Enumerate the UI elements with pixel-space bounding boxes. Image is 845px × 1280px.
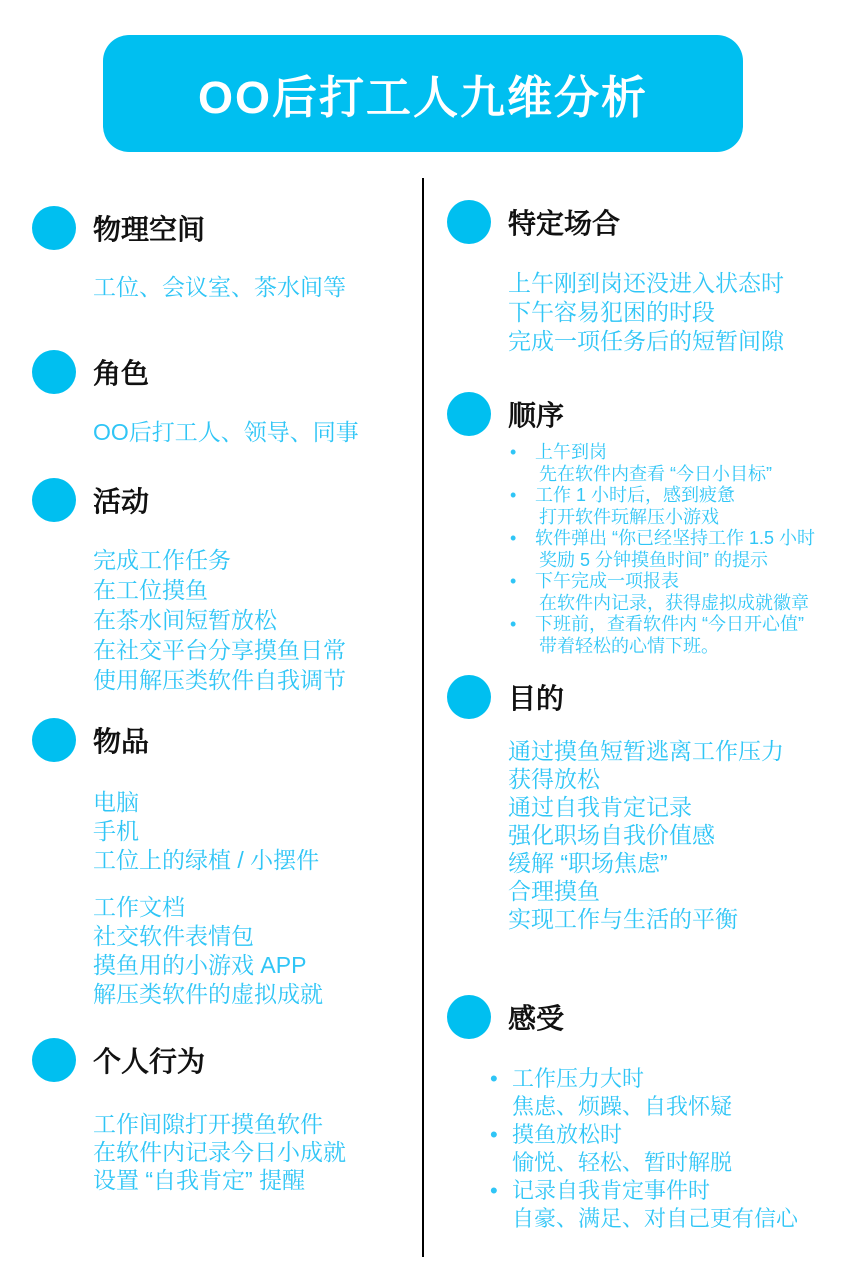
section-marker-dot bbox=[32, 350, 76, 394]
bullet-line: 愉悦、轻松、暂时解脱 bbox=[512, 1149, 837, 1177]
title-banner: OO后打工人九维分析 bbox=[103, 35, 743, 152]
content-line: 工位、会议室、茶水间等 bbox=[93, 272, 422, 302]
section-content: 完成工作任务 在工位摸鱼 在茶水间短暂放松 在社交平台分享摸鱼日常 使用解压类软… bbox=[93, 545, 422, 695]
section-marker-dot bbox=[447, 675, 491, 719]
section-header: 物理空间 bbox=[32, 206, 422, 250]
content-line: 解压类软件的虚拟成就 bbox=[93, 980, 422, 1009]
content-line: 完成一项任务后的短暂间隙 bbox=[508, 327, 837, 356]
bullet-item: 工作 1 小时后，感到疲惫 打开软件玩解压小游戏 bbox=[510, 485, 837, 528]
content-line: 在社交平台分享摸鱼日常 bbox=[93, 635, 422, 665]
section-header: 特定场合 bbox=[447, 200, 837, 244]
bullet-line: 奖励 5 分钟摸鱼时间” 的提示 bbox=[535, 550, 837, 572]
bullet-list: 工作压力大时 焦虑、烦躁、自我怀疑 摸鱼放松时 愉悦、轻松、暂时解脱 记录自我肯… bbox=[490, 1065, 837, 1233]
bullet-line: 下午完成一项报表 bbox=[535, 571, 837, 593]
section-heading: 个人行为 bbox=[93, 1040, 205, 1080]
section-feelings: 感受 工作压力大时 焦虑、烦躁、自我怀疑 摸鱼放松时 愉悦、轻松、暂时解脱 记录… bbox=[447, 995, 837, 1233]
section-roles: 角色 OO后打工人、领导、同事 bbox=[32, 350, 422, 447]
page-title: OO后打工人九维分析 bbox=[198, 61, 648, 126]
section-header: 物品 bbox=[32, 718, 422, 762]
bullet-item: 工作压力大时 焦虑、烦躁、自我怀疑 bbox=[490, 1065, 837, 1121]
section-marker-dot bbox=[447, 392, 491, 436]
content-line: 手机 bbox=[93, 817, 422, 846]
content-line: 通过自我肯定记录 bbox=[508, 793, 837, 821]
content-line: 完成工作任务 bbox=[93, 545, 422, 575]
section-heading: 目的 bbox=[508, 677, 564, 717]
content-line: 下午容易犯困的时段 bbox=[508, 298, 837, 327]
section-marker-dot bbox=[32, 718, 76, 762]
content-line: 工作间隙打开摸鱼软件 bbox=[93, 1110, 422, 1138]
content-line: 在工位摸鱼 bbox=[93, 575, 422, 605]
section-personal-behavior: 个人行为 工作间隙打开摸鱼软件 在软件内记录今日小成就 设置 “自我肯定” 提醒 bbox=[32, 1038, 422, 1194]
bullet-line: 先在软件内查看 “今日小目标” bbox=[535, 464, 837, 486]
section-marker-dot bbox=[447, 200, 491, 244]
section-header: 角色 bbox=[32, 350, 422, 394]
content-group: 电脑 手机 工位上的绿植 / 小摆件 bbox=[93, 788, 422, 875]
section-content: 电脑 手机 工位上的绿植 / 小摆件 工作文档 社交软件表情包 摸鱼用的小游戏 … bbox=[93, 788, 422, 1009]
content-line: 在茶水间短暂放松 bbox=[93, 605, 422, 635]
section-header: 顺序 bbox=[447, 392, 837, 436]
content-line: 在软件内记录今日小成就 bbox=[93, 1138, 422, 1166]
content-line: 电脑 bbox=[93, 788, 422, 817]
section-heading: 物品 bbox=[93, 720, 149, 760]
column-divider bbox=[422, 178, 424, 1257]
content-line: 使用解压类软件自我调节 bbox=[93, 665, 422, 695]
content-line: 上午刚到岗还没进入状态时 bbox=[508, 269, 837, 298]
bullet-line: 自豪、满足、对自己更有信心 bbox=[512, 1205, 837, 1233]
content-line: 设置 “自我肯定” 提醒 bbox=[93, 1166, 422, 1194]
content-line: 工作文档 bbox=[93, 893, 422, 922]
section-marker-dot bbox=[32, 206, 76, 250]
bullet-list: 上午到岗 先在软件内查看 “今日小目标” 工作 1 小时后，感到疲惫 打开软件玩… bbox=[510, 442, 837, 657]
bullet-item: 下午完成一项报表 在软件内记录，获得虚拟成就徽章 bbox=[510, 571, 837, 614]
section-heading: 顺序 bbox=[508, 394, 564, 434]
content-line: 缓解 “职场焦虑” bbox=[508, 849, 837, 877]
content-line: 合理摸鱼 bbox=[508, 877, 837, 905]
bullet-line: 摸鱼放松时 bbox=[512, 1121, 837, 1149]
content-line: 通过摸鱼短暂逃离工作压力 bbox=[508, 737, 837, 765]
section-heading: 物理空间 bbox=[93, 208, 205, 248]
bullet-line: 下班前，查看软件内 “今日开心值” bbox=[535, 614, 837, 636]
section-purpose: 目的 通过摸鱼短暂逃离工作压力 获得放松 通过自我肯定记录 强化职场自我价值感 … bbox=[447, 675, 837, 933]
section-content: 工位、会议室、茶水间等 bbox=[93, 272, 422, 302]
bullet-line: 工作压力大时 bbox=[512, 1065, 837, 1093]
infographic-page: OO后打工人九维分析 物理空间 工位、会议室、茶水间等 角色 OO后打工人、领导… bbox=[0, 0, 845, 1280]
section-heading: 角色 bbox=[93, 352, 149, 392]
content-line: OO后打工人、领导、同事 bbox=[93, 417, 422, 447]
bullet-line: 在软件内记录，获得虚拟成就徽章 bbox=[535, 593, 837, 615]
section-physical-space: 物理空间 工位、会议室、茶水间等 bbox=[32, 206, 422, 302]
content-line: 社交软件表情包 bbox=[93, 922, 422, 951]
section-heading: 特定场合 bbox=[508, 202, 620, 242]
section-header: 活动 bbox=[32, 478, 422, 522]
bullet-line: 带着轻松的心情下班。 bbox=[535, 636, 837, 658]
section-header: 感受 bbox=[447, 995, 837, 1039]
section-content: 上午刚到岗还没进入状态时 下午容易犯困的时段 完成一项任务后的短暂间隙 bbox=[508, 269, 837, 356]
bullet-line: 记录自我肯定事件时 bbox=[512, 1177, 837, 1205]
section-specific-occasions: 特定场合 上午刚到岗还没进入状态时 下午容易犯困的时段 完成一项任务后的短暂间隙 bbox=[447, 200, 837, 356]
section-content: 通过摸鱼短暂逃离工作压力 获得放松 通过自我肯定记录 强化职场自我价值感 缓解 … bbox=[508, 737, 837, 933]
section-content: 工作间隙打开摸鱼软件 在软件内记录今日小成就 设置 “自我肯定” 提醒 bbox=[93, 1110, 422, 1194]
bullet-item: 上午到岗 先在软件内查看 “今日小目标” bbox=[510, 442, 837, 485]
section-header: 个人行为 bbox=[32, 1038, 422, 1082]
content-line: 工位上的绿植 / 小摆件 bbox=[93, 846, 422, 875]
content-line: 获得放松 bbox=[508, 765, 837, 793]
content-line: 强化职场自我价值感 bbox=[508, 821, 837, 849]
section-activities: 活动 完成工作任务 在工位摸鱼 在茶水间短暂放松 在社交平台分享摸鱼日常 使用解… bbox=[32, 478, 422, 695]
section-header: 目的 bbox=[447, 675, 837, 719]
bullet-line: 上午到岗 bbox=[535, 442, 837, 464]
section-objects: 物品 电脑 手机 工位上的绿植 / 小摆件 工作文档 社交软件表情包 摸鱼用的小… bbox=[32, 718, 422, 1009]
bullet-line: 打开软件玩解压小游戏 bbox=[535, 507, 837, 529]
section-content: OO后打工人、领导、同事 bbox=[93, 417, 422, 447]
bullet-line: 软件弹出 “你已经坚持工作 1.5 小时 bbox=[535, 528, 837, 550]
section-marker-dot bbox=[32, 478, 76, 522]
content-group: 工作文档 社交软件表情包 摸鱼用的小游戏 APP 解压类软件的虚拟成就 bbox=[93, 893, 422, 1009]
content-line: 摸鱼用的小游戏 APP bbox=[93, 951, 422, 980]
section-heading: 活动 bbox=[93, 480, 149, 520]
section-marker-dot bbox=[447, 995, 491, 1039]
content-line: 实现工作与生活的平衡 bbox=[508, 905, 837, 933]
section-sequence: 顺序 上午到岗 先在软件内查看 “今日小目标” 工作 1 小时后，感到疲惫 打开… bbox=[447, 392, 837, 657]
bullet-item: 软件弹出 “你已经坚持工作 1.5 小时 奖励 5 分钟摸鱼时间” 的提示 bbox=[510, 528, 837, 571]
section-heading: 感受 bbox=[508, 997, 564, 1037]
bullet-item: 下班前，查看软件内 “今日开心值” 带着轻松的心情下班。 bbox=[510, 614, 837, 657]
bullet-item: 记录自我肯定事件时 自豪、满足、对自己更有信心 bbox=[490, 1177, 837, 1233]
bullet-line: 工作 1 小时后，感到疲惫 bbox=[535, 485, 837, 507]
bullet-line: 焦虑、烦躁、自我怀疑 bbox=[512, 1093, 837, 1121]
section-marker-dot bbox=[32, 1038, 76, 1082]
bullet-item: 摸鱼放松时 愉悦、轻松、暂时解脱 bbox=[490, 1121, 837, 1177]
